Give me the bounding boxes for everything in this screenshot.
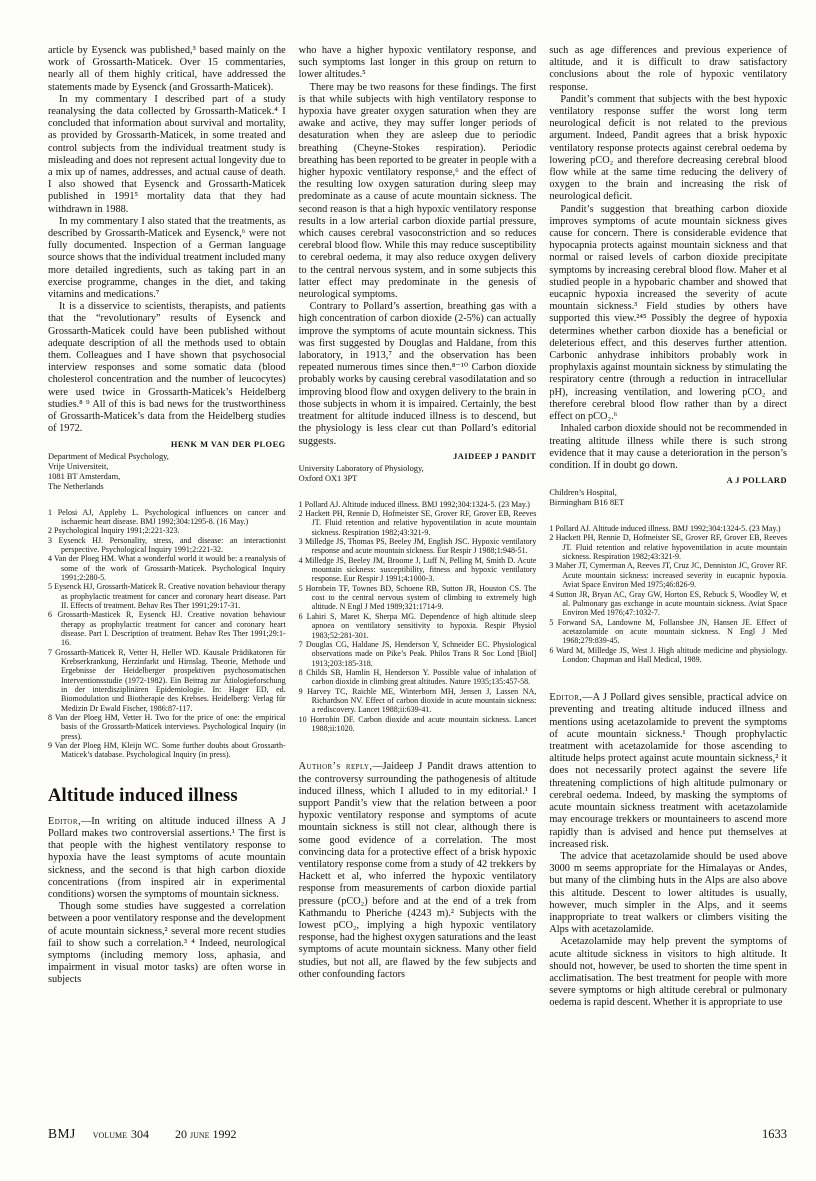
reference-item: 1 Pelosi AJ, Appleby L. Psychological in… (48, 508, 286, 527)
reference-item: 5 Eysenck HJ, Grossarth-Maticek R. Creat… (48, 582, 286, 610)
reference-item: 8 Childs SB, Hamlin H, Henderson Y. Poss… (299, 668, 537, 687)
reference-item: 3 Eysenck HJ. Personality, stress, and d… (48, 536, 286, 555)
reference-item: 5 Hornbein TF, Townes BD, Schoene RB, Su… (299, 584, 537, 612)
paragraph: Contrary to Pollard’s assertion, breathi… (299, 301, 537, 447)
author-signature: A J POLLARD (549, 476, 787, 485)
reference-item: 6 Lahiri S, Maret K, Sherpa MG. Dependen… (299, 612, 537, 640)
reference-item: 6 Ward M, Milledge JS, West J. High alti… (549, 646, 787, 665)
reference-item: 2 Psychological Inquiry 1991;2:221-323. (48, 526, 286, 535)
reference-item: 2 Hackett PH, Rennie D, Hofmeister SE, G… (549, 533, 787, 561)
section-heading: Altitude induced illness (48, 786, 286, 806)
reply-text: —Jaideep J Pandit draws attention to the… (299, 761, 537, 979)
paragraph: Inhaled carbon dioxide should not be rec… (549, 423, 787, 472)
paragraph: In my commentary I described part of a s… (48, 94, 286, 216)
reference-item: 3 Maher JT, Cymerman A, Reeves JT, Cruz … (549, 561, 787, 589)
address-line: Birmingham B16 8ET (549, 498, 787, 508)
author-address: Children’s Hospital,Birmingham B16 8ET (549, 488, 787, 508)
reference-item: 4 Van der Ploeg HM. What a wonderful wor… (48, 554, 286, 582)
address-line: Oxford OX1 3PT (299, 474, 537, 484)
address-line: Children’s Hospital, (549, 488, 787, 498)
paragraph: who have a higher hypoxic ventilatory re… (299, 45, 537, 82)
column-layout: article by Eysenck was published,³ based… (0, 0, 816, 1010)
letter-opening-paragraph: Editor,—In writing on altitude induced i… (48, 816, 286, 901)
journal-title: BMJ (48, 1126, 76, 1142)
reference-list: 1 Pollard AJ. Altitude induced illness. … (299, 500, 537, 734)
column-1: article by Eysenck was published,³ based… (48, 45, 286, 1010)
reference-list: 1 Pelosi AJ, Appleby L. Psychological in… (48, 508, 286, 760)
letter-salutation: Editor, (549, 692, 582, 703)
letter-text: —In writing on altitude induced illness … (48, 816, 286, 900)
reference-item: 1 Pollard AJ. Altitude induced illness. … (299, 500, 537, 509)
page-footer: BMJ volume 304 20 june 1992 1633 (48, 1126, 787, 1142)
journal-page: article by Eysenck was published,³ based… (0, 0, 816, 1181)
letter-opening-paragraph: Editor,—A J Pollard gives sensible, prac… (549, 692, 787, 851)
reference-item: 10 Horrobin DF. Carbon dioxide and acute… (299, 715, 537, 734)
paragraph: article by Eysenck was published,³ based… (48, 45, 286, 94)
author-address: University Laboratory of Physiology,Oxfo… (299, 464, 537, 484)
reference-item: 9 Van der Ploeg HM, Kleijn WC. Some furt… (48, 741, 286, 760)
paragraph: Acetazolamide may help prevent the sympt… (549, 936, 787, 1009)
reference-item: 3 Milledge JS, Thomas PS, Beeley JM, Eng… (299, 537, 537, 556)
paragraph: Pandit’s suggestion that breathing carbo… (549, 204, 787, 424)
reference-item: 9 Harvey TC, Raichle ME, Winterborn MH, … (299, 687, 537, 715)
author-address: Department of Medical Psychology,Vrije U… (48, 452, 286, 492)
page-number: 1633 (762, 1127, 787, 1142)
paragraph: In my commentary I also stated that the … (48, 216, 286, 301)
address-line: University Laboratory of Physiology, (299, 464, 537, 474)
author-signature: HENK M VAN DER PLOEG (48, 440, 286, 449)
paragraph: such as age differences and previous exp… (549, 45, 787, 94)
paragraph: Pandit’s comment that subjects with the … (549, 94, 787, 204)
volume-label: volume (93, 1127, 127, 1142)
issue-date: 20 june 1992 (175, 1127, 237, 1142)
letter-text: —A J Pollard gives sensible, practical a… (549, 692, 787, 849)
paragraph: It is a disservice to scientists, therap… (48, 301, 286, 435)
volume-number: 304 (131, 1127, 149, 1142)
reply-salutation: Author’s reply, (299, 761, 373, 772)
footer-journal-info: BMJ volume 304 20 june 1992 (48, 1126, 237, 1142)
author-signature: JAIDEEP J PANDIT (299, 452, 537, 461)
reference-item: 7 Douglas CG, Haldane JS, Henderson Y, S… (299, 640, 537, 668)
letter-salutation: Editor, (48, 816, 81, 827)
reference-item: 2 Hackett PH, Rennie D, Hofmeister SE, G… (299, 509, 537, 537)
reference-item: 7 Grossarth-Maticek R, Vetter H, Heller … (48, 648, 286, 713)
address-line: The Netherlands (48, 482, 286, 492)
column-2: who have a higher hypoxic ventilatory re… (299, 45, 537, 1010)
reference-item: 4 Milledge JS, Beeley JM, Broome J, Luff… (299, 556, 537, 584)
paragraph: Though some studies have suggested a cor… (48, 901, 286, 986)
paragraph: There may be two reasons for these findi… (299, 82, 537, 302)
column-3: such as age differences and previous exp… (549, 45, 787, 1010)
address-line: 1081 BT Amsterdam, (48, 472, 286, 482)
reference-item: 8 Van der Ploeg HM, Vetter H. Two for th… (48, 713, 286, 741)
address-line: Department of Medical Psychology, (48, 452, 286, 462)
paragraph: The advice that acetazolamide should be … (549, 851, 787, 936)
reference-item: 4 Sutton JR, Bryan AC, Gray GW, Horton E… (549, 590, 787, 618)
reference-item: 5 Forwand SA, Landowne M, Follansbee JN,… (549, 618, 787, 646)
reference-item: 1 Pollard AJ. Altitude induced illness. … (549, 524, 787, 533)
reference-item: 6 Grossarth-Masticek R, Eysenck HJ. Crea… (48, 610, 286, 647)
reference-list: 1 Pollard AJ. Altitude induced illness. … (549, 524, 787, 664)
address-line: Vrije Universiteit, (48, 462, 286, 472)
authors-reply-paragraph: Author’s reply,—Jaideep J Pandit draws a… (299, 761, 537, 981)
